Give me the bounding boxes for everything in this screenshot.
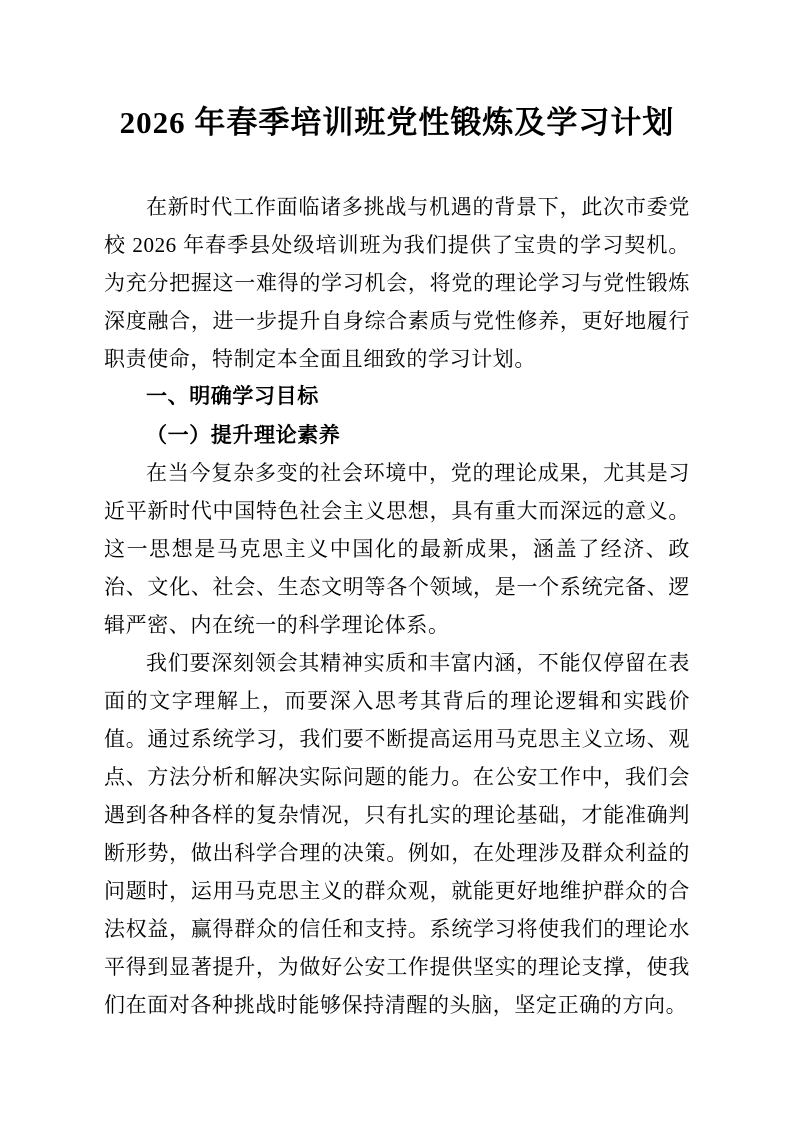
document-page: 2026 年春季培训班党性锻炼及学习计划 在新时代工作面临诸多挑战与机遇的背景下… <box>0 0 793 1122</box>
subsection-heading-theory-literacy: （一）提升理论素养 <box>104 416 690 454</box>
paragraph-theory-significance: 在当今复杂多变的社会环境中，党的理论成果，尤其是习近平新时代中国特色社会主义思想… <box>104 454 690 644</box>
paragraph-theory-application: 我们要深刻领会其精神实质和丰富内涵，不能仅停留在表面的文字理解上，而要深入思考其… <box>104 644 690 1024</box>
document-title: 2026 年春季培训班党性锻炼及学习计划 <box>104 100 690 146</box>
paragraph-intro: 在新时代工作面临诸多挑战与机遇的背景下，此次市委党校 2026 年春季县处级培训… <box>104 188 690 378</box>
section-heading-learning-goals: 一、明确学习目标 <box>104 378 690 416</box>
